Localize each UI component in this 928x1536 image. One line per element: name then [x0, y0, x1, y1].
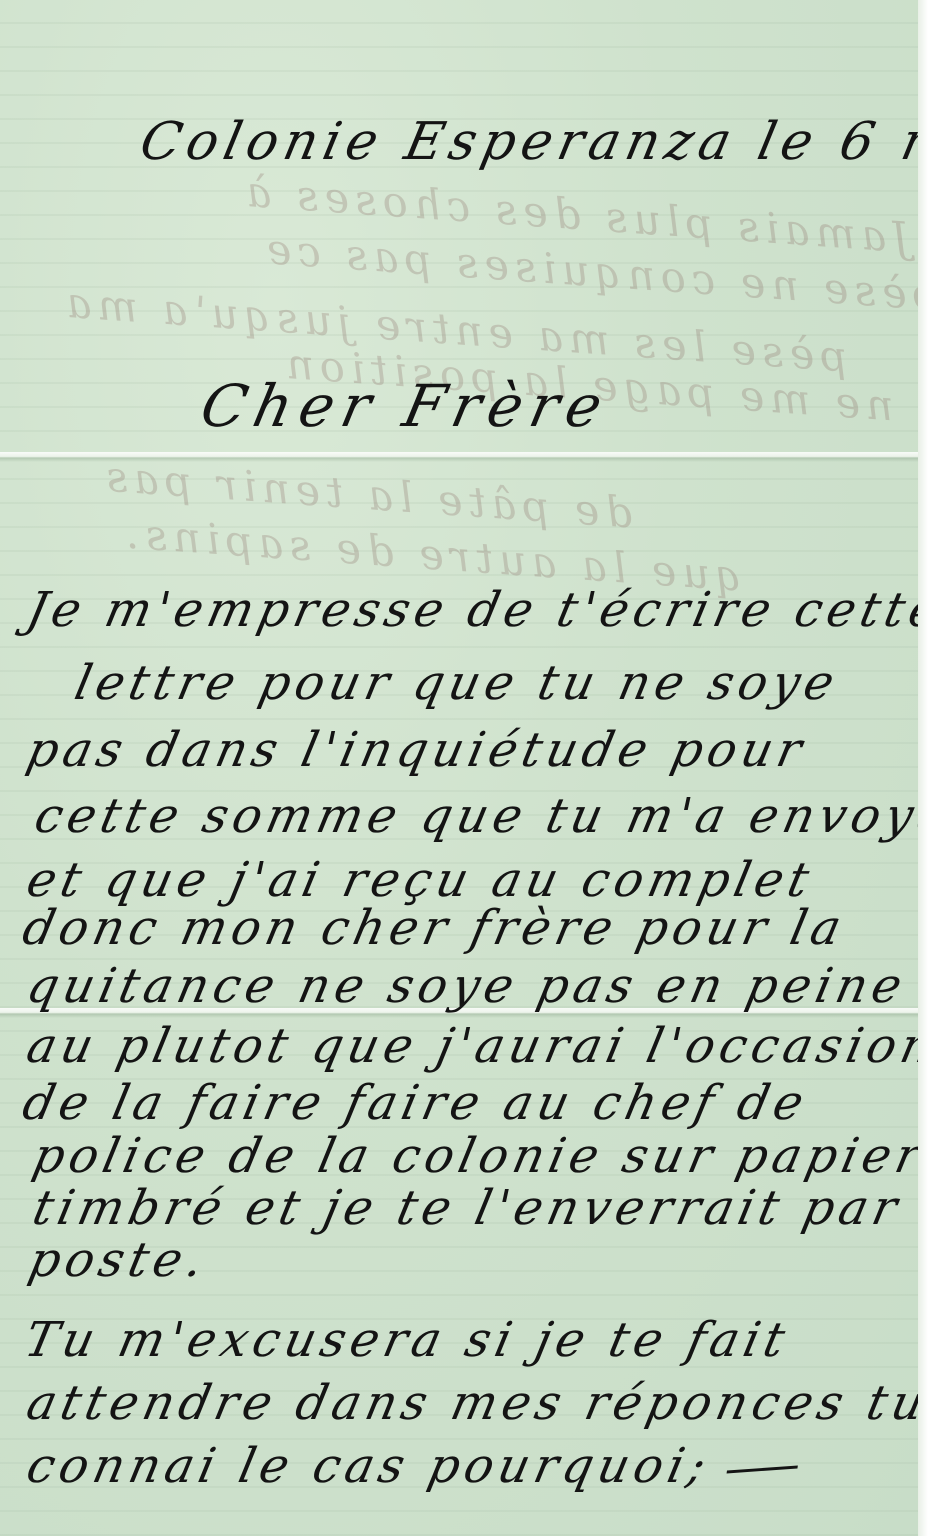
letter-line: police de la colonie sur papier: [28, 1128, 928, 1184]
letter-line: lettre pour que tu ne soye: [70, 655, 844, 711]
letter-line: timbré et je te l'enverrait par la: [28, 1180, 928, 1236]
letter-line: de la faire faire au chef de: [18, 1075, 813, 1131]
letter-line: donc mon cher frère pour la: [18, 900, 851, 956]
letter-line: Tu m'excusera si je te fait: [20, 1312, 795, 1368]
fold-crease: [0, 452, 918, 462]
letter-page: Jamais plus des choses à le pèse ne conq…: [0, 0, 918, 1536]
letter-line: connai le cas pourquoi;: [22, 1438, 804, 1494]
letter-line: au plutot que j'aurai l'occasion: [22, 1018, 928, 1074]
letter-line: attendre dans mes réponces tu: [22, 1375, 928, 1431]
letter-line: cette somme que tu m'a envoyé: [30, 788, 928, 844]
letter-line: poste.: [24, 1232, 213, 1288]
letter-line-text: connai le cas pourquoi;: [22, 1438, 716, 1494]
bleed-through-line: de pâte la tenir pas: [99, 451, 634, 537]
scan-edge: [918, 0, 928, 1536]
letter-line: Je m'empresse de t'écrire cette: [22, 582, 928, 638]
bleed-through-line: pèse les ma entre jusqu'a ma: [59, 278, 849, 382]
bleed-through-line: Jamais plus des choses à: [239, 167, 911, 263]
letter-salutation: Cher Frère: [195, 372, 616, 440]
closing-dash: [726, 1466, 797, 1474]
letter-heading: Colonie Esperanza le 6 mars 77: [135, 112, 928, 172]
letter-line: pas dans l'inquiétude pour: [22, 722, 812, 778]
letter-line: quitance ne soye pas en peine: [22, 958, 912, 1014]
bleed-through-line: le pèse ne conquises pas ce: [259, 224, 928, 325]
